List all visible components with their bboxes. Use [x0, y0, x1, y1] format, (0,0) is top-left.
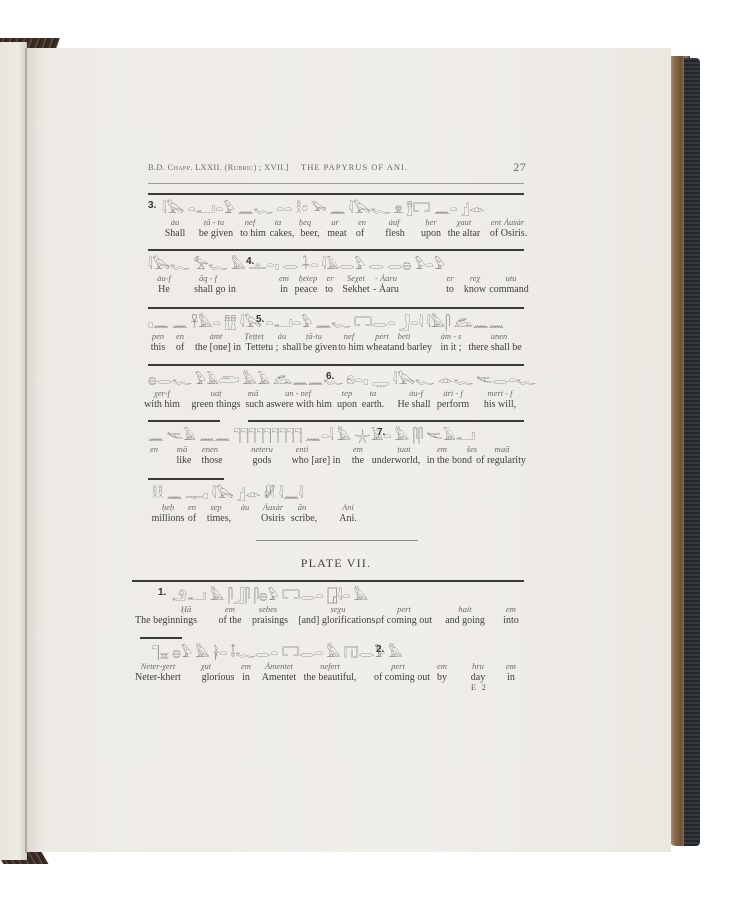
hieroglyphs: 𓈖 𓌻𓄿 𓈖𓈖 𓊹𓊹𓊹𓊹𓊹𓊹𓊹𓊹𓊹 𓈖𓏏𓇋 𓅓 𓇼𓄿𓏏 𓅓 𓋴𓋴 𓌻𓄿𓂝 — [148, 424, 475, 445]
hieroglyph-row: 3. 𓇋𓅂 𓏏𓂝𓏏𓅱 𓈖𓆑 𓏏𓏏 𓎛𓏌 𓅨 𓈖 𓇋𓅂𓆑 𓁷 𓊽𓉐 𓈖𓏏 𓊨𓁹 — [148, 197, 524, 215]
translation-word: green things — [191, 399, 240, 410]
translation-word: to him — [240, 228, 266, 239]
hieroglyphs: 𓊹𓈇 𓐍𓅱 𓅓 𓋀𓏏 𓄤𓆑𓂋𓏏 𓉐𓂋𓏏 𓅓 𓉔𓂋𓅱 𓅓 — [152, 641, 403, 662]
line-rule — [148, 249, 524, 251]
translation-word: upon — [337, 399, 357, 410]
translation-word: there shall be — [468, 342, 521, 353]
translation-word: by — [437, 672, 447, 683]
translit-word: nef — [344, 331, 354, 341]
translation-word: in the — [427, 455, 450, 466]
translation-word: beer, — [300, 228, 319, 239]
translit-word: pert — [391, 661, 405, 671]
translit-word: ṭuat — [397, 444, 410, 454]
translation-word: to him — [338, 342, 364, 353]
translit-word: pen — [152, 331, 164, 341]
translation-word: The beginnings — [135, 615, 197, 626]
translation-word: of — [188, 513, 196, 524]
translation-word: He — [158, 284, 170, 295]
translation-row: millions of times, Osiris scribe, Ani. — [148, 513, 524, 526]
line-rule — [140, 637, 182, 639]
translit-word: em — [241, 661, 251, 671]
translit-word: ta — [370, 388, 377, 398]
translation-word: underworld, — [372, 455, 421, 466]
translit-word: ȧu — [171, 217, 180, 227]
hieroglyph-row: 6. 𓐍𓂋𓆑 𓅱𓄿𓂧 𓅓𓄿 𓃹𓈖𓈖𓆑 𓁶𓏏𓊪 𓇾 𓇋𓅂𓆑 𓁹𓆑 𓌻𓂋𓏏𓆑 — [148, 368, 524, 386]
translit-word: - Ȧaru — [375, 273, 397, 283]
translit-word: ȧm - s — [441, 331, 462, 341]
translit-word: ta — [275, 217, 282, 227]
translit-word: Neter-χert — [141, 661, 176, 671]
translation-word: and going — [445, 615, 485, 626]
translation-word: of — [490, 228, 498, 239]
translation-word: glorious — [202, 672, 235, 683]
translit-word: Ṭeṭṭeṭ — [244, 331, 263, 341]
translit-word: unen — [491, 331, 508, 341]
translation-word: the beautiful, — [304, 672, 357, 683]
translation-word: wheat — [366, 342, 390, 353]
translation-word: times, — [207, 513, 231, 524]
translation-word: to — [325, 284, 333, 295]
translation-word: of — [356, 228, 364, 239]
translation-word: shall go in — [194, 284, 236, 295]
translation-word: Osiris. — [501, 228, 527, 239]
translation-word: be given — [303, 342, 337, 353]
translation-row: The beginnings of the praisings [and] gl… — [148, 615, 524, 628]
translit-word: sebes — [259, 604, 277, 614]
line-rule — [148, 193, 524, 195]
translit-word: enen — [202, 444, 218, 454]
hieroglyphs: 𓇋𓅂 𓏏𓂝𓏏𓅱 𓈖𓆑 𓏏𓏏 𓎛𓏌 𓅨 𓈖 𓇋𓅂𓆑 𓁷 𓊽𓉐 𓈖𓏏 𓊨𓁹 — [162, 197, 485, 218]
hieroglyphs: 𓊪𓈖 𓈖 𓋹𓅓𓏏 𓊽𓊽 𓇋𓅂 𓏏𓂝𓏏𓅱 𓈖𓆑 𓉐𓂋𓏏 𓃀𓏏𓇋 𓇋𓅓𓋴 𓃹𓈖𓈖 — [148, 311, 504, 332]
hieroglyphs: 𓄂𓂝 𓅓 𓋴𓃀𓋴 𓋴𓐍𓅱 𓉐𓂋𓏏 𓉗𓇋𓏏 𓅓 — [172, 584, 368, 605]
translation-word: He shall — [397, 399, 430, 410]
line-rule — [148, 420, 220, 422]
translit-word: ȧu-f — [409, 388, 423, 398]
translation-word: Neter-khert — [135, 672, 181, 683]
translit-word: em — [225, 604, 235, 614]
translit-word: ḥer — [425, 217, 436, 227]
translit-word: ān — [298, 502, 307, 512]
translation-word: the altar — [448, 228, 480, 239]
translit-word: em — [506, 604, 516, 614]
translation-word: his will, — [484, 399, 516, 410]
translation-word: into — [503, 615, 519, 626]
translation-word: Shall — [165, 228, 186, 239]
translit-word: ȧri - f — [443, 388, 462, 398]
translit-word: ȧu-f — [157, 273, 171, 283]
translation-word: of the — [218, 615, 241, 626]
translation-row: this of the [one] in Tettetu ; shall be … — [148, 342, 524, 355]
transliteration-row: ḥeḥ en sep ȧu Ȧusȧr ān Ani — [148, 502, 524, 513]
translit-word: reχ — [470, 273, 481, 283]
translit-word: en — [188, 502, 196, 512]
translit-word: un - nef — [285, 388, 311, 398]
translation-word: the — [352, 455, 364, 466]
translation-word: Amentet — [262, 672, 296, 683]
translit-word: em — [437, 661, 447, 671]
translit-word: χaut — [457, 217, 472, 227]
translit-word: sep — [210, 502, 221, 512]
translit-word: χer-f — [154, 388, 170, 398]
line-rule — [148, 478, 224, 480]
translit-word: beti — [398, 331, 411, 341]
translation-word: in — [242, 672, 250, 683]
transliteration-row: pen en ȧmt Ṭeṭṭeṭ ȧu ṭā-tu nef pert beti… — [148, 331, 524, 342]
translit-word: Seχet — [347, 273, 365, 283]
chapter-reference: B.D. Chapp. LXXII. (Rubric) ; XVII.] — [148, 162, 289, 172]
translation-word: scribe, — [291, 513, 317, 524]
translit-word: em — [279, 273, 289, 283]
translation-word: in — [280, 284, 288, 295]
translation-word: earth. — [362, 399, 385, 410]
hieroglyph-row: 𓎛𓎛 𓈖 𓊃𓊪 𓇋𓅂 𓊨𓁹 𓏞 𓇋𓈖𓇋 — [148, 482, 524, 500]
transliteration-row: en mā enen neteru enti em ṭuat em šes ma… — [148, 444, 524, 455]
translit-word: tep — [342, 388, 352, 398]
line-number: 1. — [158, 587, 166, 598]
translit-word: Ȧmentet — [265, 661, 293, 671]
translit-word: mā — [248, 388, 258, 398]
translit-word: er — [446, 273, 453, 283]
translit-word: en — [150, 444, 158, 454]
translation-word: Tettetu ; — [246, 342, 279, 353]
translation-word: millions — [152, 513, 185, 524]
translation-word: of — [176, 342, 184, 353]
line-rule — [148, 307, 524, 309]
running-title: THE PAPYRUS OF ANI. — [301, 162, 408, 172]
translit-word: utu — [506, 273, 517, 283]
translit-word: āq - f — [199, 273, 217, 283]
translation-row: Neter-khert glorious in Amentet the beau… — [148, 672, 524, 685]
translation-word: the [one] in — [195, 342, 241, 353]
translit-word: ṭā - tu — [204, 217, 224, 227]
translit-word: uaṭ — [211, 388, 222, 398]
translation-word: of regularity — [476, 455, 526, 466]
hieroglyphs: 𓇋𓅂𓆑 𓅡𓆑 𓅓 𓊵𓏏𓊪 𓂋 𓇑𓏏 𓇋𓄿𓂋𓅱 𓂋 𓂋𓐍 𓅱𓏏𓅱 — [148, 253, 445, 274]
translation-word: meat — [327, 228, 346, 239]
translation-word: this — [151, 342, 165, 353]
translit-word: Ḥā — [181, 604, 191, 614]
transliteration-row: Ḥā em sebes seχu pert hait em — [148, 604, 524, 615]
translation-row: He shall go in in peace to Sekhet - Ȧaru… — [148, 284, 524, 297]
translit-word: ȧuf — [389, 217, 400, 227]
translation-row: with him green things such as were with … — [148, 399, 524, 412]
translation-word: were with him — [274, 399, 332, 410]
translit-word: ur — [331, 217, 339, 227]
hieroglyphs: 𓎛𓎛 𓈖 𓊃𓊪 𓇋𓅂 𓊨𓁹 𓏞 𓇋𓈖𓇋 — [152, 482, 303, 503]
translit-word: em — [506, 661, 516, 671]
translation-word: in — [507, 672, 515, 683]
transliteration-row: ȧu ṭā - tu nef ta ḥeq ur en ȧuf ḥer χaut… — [148, 217, 524, 228]
translit-word: ent — [491, 217, 501, 227]
translation-word: praisings — [252, 615, 288, 626]
line-rule — [248, 420, 524, 422]
translit-word: ḥeḥ — [162, 502, 174, 512]
translation-word: command — [489, 284, 528, 295]
signature-mark: E 2 — [471, 683, 488, 692]
translit-word: Ȧusȧr — [263, 502, 283, 512]
hieroglyph-row: 2. 𓊹𓈇 𓐍𓅱 𓅓 𓋀𓏏 𓄤𓆑𓂋𓏏 𓉐𓂋𓏏 𓅓 𓉔𓂋𓅱 𓅓 — [148, 641, 524, 659]
translation-row: Shall be given to him cakes, beer, meat … — [148, 228, 524, 241]
translit-word: ḥetep — [299, 273, 317, 283]
book-binding — [684, 58, 700, 846]
translit-word: nefert — [320, 661, 340, 671]
translit-word: enti — [296, 444, 309, 454]
hieroglyph-row: 1. 𓄂𓂝 𓅓 𓋴𓃀𓋴 𓋴𓐍𓅱 𓉐𓂋𓏏 𓉗𓇋𓏏 𓅓 — [148, 584, 524, 602]
gutter — [25, 48, 27, 853]
translit-word: χut — [201, 661, 211, 671]
translation-word: be given — [199, 228, 233, 239]
header-rule — [148, 183, 524, 184]
transliteration-row: χer-f uaṭ mā un - nef tep ta ȧu-f ȧri - … — [148, 388, 524, 399]
translit-word: neteru — [251, 444, 273, 454]
section-divider — [256, 540, 418, 541]
translit-word: em — [437, 444, 447, 454]
translit-word: hru — [472, 661, 484, 671]
translit-word: em — [353, 444, 363, 454]
translit-word: ḥeq — [299, 217, 311, 227]
running-head: B.D. Chapp. LXXII. (Rubric) ; XVII.] THE… — [148, 162, 524, 176]
plate-heading: PLATE VII. — [148, 556, 524, 571]
translation-word: know — [464, 284, 486, 295]
translit-word: nef — [245, 217, 255, 227]
translation-word: shall — [283, 342, 302, 353]
line-rule — [132, 580, 524, 582]
translation-word: Osiris — [261, 513, 285, 524]
translation-word: bond — [452, 455, 472, 466]
translit-word: hait — [458, 604, 471, 614]
translit-word: pert — [375, 331, 389, 341]
transliteration-row: Neter-χert χut em Ȧmentet nefert pert em… — [148, 661, 524, 672]
translation-word: in it ; — [440, 342, 461, 353]
translation-word: cakes, — [270, 228, 295, 239]
hieroglyphs: 𓐍𓂋𓆑 𓅱𓄿𓂧 𓅓𓄿 𓃹𓈖𓈖𓆑 𓁶𓏏𓊪 𓇾 𓇋𓅂𓆑 𓁹𓆑 𓌻𓂋𓏏𓆑 — [148, 368, 536, 389]
translit-word: šes — [467, 444, 477, 454]
translation-word: and barley — [390, 342, 432, 353]
translation-word: such as — [245, 399, 274, 410]
translation-word: day — [471, 672, 485, 683]
translation-word: Sekhet — [342, 284, 369, 295]
translit-word: Ȧusȧr — [504, 217, 524, 227]
translation-word: Ani. — [339, 513, 357, 524]
translit-word: maā — [495, 444, 510, 454]
translit-word: ȧmt — [210, 331, 223, 341]
translit-word: ṭā-tu — [306, 331, 322, 341]
translit-word: er — [326, 273, 333, 283]
translit-word: mā — [177, 444, 187, 454]
hieroglyph-row: 7. 𓈖 𓌻𓄿 𓈖𓈖 𓊹𓊹𓊹𓊹𓊹𓊹𓊹𓊹𓊹 𓈖𓏏𓇋 𓅓 𓇼𓄿𓏏 𓅓 𓋴𓋴 𓌻𓄿𓂝 — [148, 424, 524, 442]
translit-word: mert - f — [487, 388, 512, 398]
translation-word: who [are] in — [292, 455, 341, 466]
translation-word: gods — [253, 455, 272, 466]
translation-word: flesh — [385, 228, 404, 239]
hieroglyph-row: 5. 𓊪𓈖 𓈖 𓋹𓅓𓏏 𓊽𓊽 𓇋𓅂 𓏏𓂝𓏏𓅱 𓈖𓆑 𓉐𓂋𓏏 𓃀𓏏𓇋 𓇋𓅓𓋴 𓃹𓈖… — [148, 311, 524, 329]
translation-word: - Ȧaru — [373, 284, 399, 295]
left-page — [0, 42, 27, 860]
transliteration-row: ȧu-f āq - f em ḥetep er Seχet - Ȧaru er … — [148, 273, 524, 284]
translation-word: to — [446, 284, 454, 295]
translit-word: en — [358, 217, 366, 227]
line-number: 3. — [148, 200, 156, 211]
translit-word: ȧu — [241, 502, 250, 512]
translation-word: those — [201, 455, 222, 466]
translit-word: seχu — [330, 604, 345, 614]
translation-word: of coming out — [376, 615, 432, 626]
translit-word: Ani — [342, 502, 354, 512]
translation-word: perform — [437, 399, 469, 410]
translation-word: peace — [295, 284, 318, 295]
translit-word: en — [176, 331, 184, 341]
page-number: 27 — [513, 160, 526, 175]
translation-word: upon — [421, 228, 441, 239]
translation-word: with him — [144, 399, 180, 410]
hieroglyph-row: 4. 𓇋𓅂𓆑 𓅡𓆑 𓅓 𓊵𓏏𓊪 𓂋 𓇑𓏏 𓇋𓄿𓂋𓅱 𓂋 𓂋𓐍 𓅱𓏏𓅱 — [148, 253, 524, 271]
translit-word: pert — [397, 604, 411, 614]
translit-word: ȧu — [278, 331, 287, 341]
translation-row: like those gods who [are] in the underwo… — [148, 455, 524, 468]
line-rule — [148, 364, 524, 366]
translation-word: [and] glorifications, — [298, 615, 377, 626]
translation-word: of coming out — [374, 672, 430, 683]
translation-word: like — [177, 455, 192, 466]
